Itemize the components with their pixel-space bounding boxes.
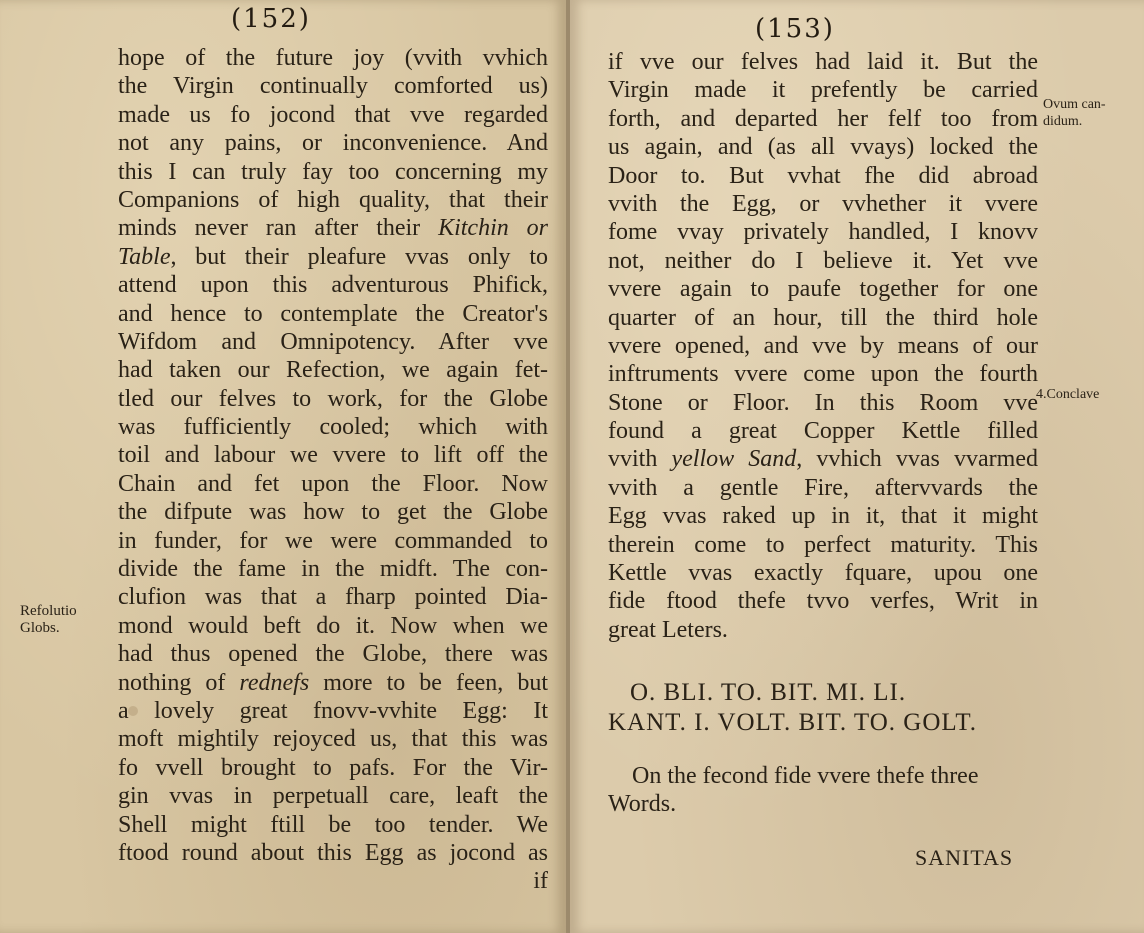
verse-line: O. BLI. TO. BIT. MI. LI. bbox=[608, 678, 1038, 708]
page-number: (152) bbox=[231, 4, 311, 34]
text-line: therein come to perfect maturity. This bbox=[608, 531, 1038, 559]
margin-note-line: Ovum can- bbox=[1043, 96, 1106, 113]
text-line: this I can truly fay too concerning my bbox=[118, 158, 548, 186]
text-line: moft mightily rejoyced us, that this was bbox=[118, 725, 548, 753]
text-line: made us fo jocond that vve regarded bbox=[118, 101, 548, 129]
text-line: fo vvell brought to pafs. For the Vir- bbox=[118, 754, 548, 782]
margin-note-line: Globs. bbox=[20, 620, 77, 637]
text-line: ftood round about this Egg as jocond as bbox=[118, 839, 548, 867]
margin-note-conclave: 4.Conclave bbox=[1036, 386, 1099, 403]
text-line: not any pains, or inconvenience. And bbox=[118, 129, 548, 157]
ink-stain bbox=[128, 706, 138, 716]
text-line: Wifdom and Omnipotency. After vve bbox=[118, 328, 548, 356]
text-line: tled our felves to work, for the Globe bbox=[118, 385, 548, 413]
text-line: in funder, for we were commanded to bbox=[118, 527, 548, 555]
page-number: (153) bbox=[755, 14, 835, 44]
book-spread: (152) Refolutio Globs. hope of the futur… bbox=[0, 0, 1144, 933]
text-line: Kettle vvas exactly fquare, upou one bbox=[608, 559, 1038, 587]
text-line: Table, but their pleafure vvas only to bbox=[118, 243, 548, 271]
left-page: (152) Refolutio Globs. hope of the futur… bbox=[0, 0, 568, 933]
text-line: Door to. But vvhat fhe did abroad bbox=[608, 162, 1038, 190]
text-line: inftruments vvere come upon the fourth bbox=[608, 360, 1038, 388]
text-line: vvith yellow Sand, vvhich vvas vvarmed bbox=[608, 445, 1038, 473]
text-line: Egg vvas raked up in it, that it might bbox=[608, 502, 1038, 530]
text-line: quarter of an hour, till the third hole bbox=[608, 304, 1038, 332]
text-line: On the fecond fide vvere thefe three bbox=[608, 762, 1038, 790]
text-line: minds never ran after their Kitchin or bbox=[118, 214, 548, 242]
text-run: vvith bbox=[608, 446, 671, 472]
italic-run: Table bbox=[118, 244, 170, 270]
text-line: had thus opened the Globe, there was bbox=[118, 640, 548, 668]
second-side-text: On the fecond fide vvere thefe three Wor… bbox=[608, 762, 1038, 818]
text-line: Virgin made it prefently be carried bbox=[608, 76, 1038, 104]
text-run: nothing of bbox=[118, 670, 239, 696]
text-line: great Leters. bbox=[608, 616, 1038, 644]
right-page: (153) Ovum can- didum. 4.Conclave if vve… bbox=[570, 0, 1144, 933]
text-run: more to be feen, but bbox=[309, 670, 548, 696]
text-line: forth, and departed her felf too from bbox=[608, 105, 1038, 133]
margin-note-line: Refolutio bbox=[20, 603, 77, 620]
text-line: and hence to contemplate the Creator's bbox=[118, 300, 548, 328]
text-line: clufion was that a fharp pointed Dia- bbox=[118, 583, 548, 611]
text-line: attend upon this adventurous Phifick, bbox=[118, 271, 548, 299]
inscription-verses: O. BLI. TO. BIT. MI. LI. KANT. I. VOLT. … bbox=[608, 678, 1038, 738]
text-line: the Virgin continually comforted us) bbox=[118, 72, 548, 100]
inscription-word: SANITAS bbox=[915, 845, 1013, 871]
text-run: minds never ran after their bbox=[118, 215, 438, 241]
italic-run: rednefs bbox=[239, 670, 309, 696]
text-line: a lovely great fnovv-vvhite Egg: It bbox=[118, 697, 548, 725]
italic-run: Kitchin or bbox=[438, 215, 548, 241]
text-line: vvith the Egg, or vvhether it vvere bbox=[608, 190, 1038, 218]
body-text: hope of the future joy (vvith vvhich the… bbox=[118, 44, 548, 896]
body-text: if vve our felves had laid it. But the V… bbox=[608, 48, 1038, 644]
text-line: divide the fame in the midft. The con- bbox=[118, 555, 548, 583]
margin-note-resolutio: Refolutio Globs. bbox=[20, 603, 77, 637]
text-run: , vvhich vvas vvarmed bbox=[796, 446, 1038, 472]
text-line: vvith a gentle Fire, aftervvards the bbox=[608, 474, 1038, 502]
text-line: if vve our felves had laid it. But the bbox=[608, 48, 1038, 76]
verse-line: KANT. I. VOLT. BIT. TO. GOLT. bbox=[608, 708, 1038, 738]
text-line: toil and labour we vvere to lift off the bbox=[118, 441, 548, 469]
text-line: Stone or Floor. In this Room vve bbox=[608, 389, 1038, 417]
text-line: not, neither do I believe it. Yet vve bbox=[608, 247, 1038, 275]
text-line: the difpute was how to get the Globe bbox=[118, 498, 548, 526]
text-run: , but their pleafure vvas only to bbox=[170, 244, 548, 270]
text-line: had taken our Refection, we again fet- bbox=[118, 356, 548, 384]
text-line: mond would beft do it. Now when we bbox=[118, 612, 548, 640]
text-line: gin vvas in perpetuall care, leaft the bbox=[118, 782, 548, 810]
text-line: found a great Copper Kettle filled bbox=[608, 417, 1038, 445]
text-line: Shell might ftill be too tender. We bbox=[118, 811, 548, 839]
margin-note-ovum-candidum: Ovum can- didum. bbox=[1043, 96, 1106, 130]
text-line: fide ftood thefe tvvo verfes, Writ in bbox=[608, 587, 1038, 615]
text-line: nothing of rednefs more to be feen, but bbox=[118, 669, 548, 697]
italic-run: yellow Sand bbox=[671, 446, 796, 472]
text-line: fome vvay privately handled, I knovv bbox=[608, 218, 1038, 246]
text-line: Words. bbox=[608, 790, 1038, 818]
text-line: vvere again to paufe together for one bbox=[608, 275, 1038, 303]
text-line: Chain and fet upon the Floor. Now bbox=[118, 470, 548, 498]
margin-note-line: didum. bbox=[1043, 113, 1106, 130]
text-line: vvere opened, and vve by means of our bbox=[608, 332, 1038, 360]
text-line: hope of the future joy (vvith vvhich bbox=[118, 44, 548, 72]
text-line: us again, and (as all vvays) locked the bbox=[608, 133, 1038, 161]
catchword: if bbox=[118, 867, 548, 895]
text-line: was fufficiently cooled; which with bbox=[118, 413, 548, 441]
text-line: Companions of high quality, that their bbox=[118, 186, 548, 214]
